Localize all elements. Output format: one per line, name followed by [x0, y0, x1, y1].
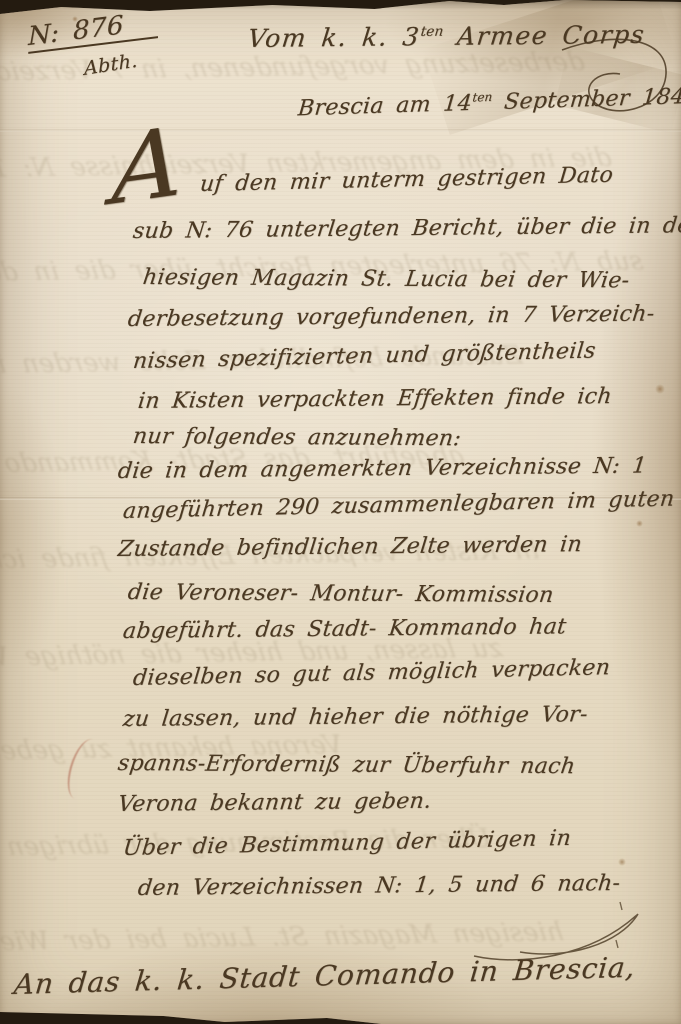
- manuscript-line: Zustande befindlichen Zelte werden in: [117, 532, 584, 562]
- manuscript-line: spanns-Erforderniß zur Überfuhr nach: [116, 751, 576, 779]
- ornate-initial: A: [111, 119, 183, 214]
- manuscript-line: dieselben so gut als möglich verpacken: [132, 655, 612, 691]
- foxing-spot: [655, 384, 665, 394]
- red-margin-mark: [62, 735, 106, 802]
- manuscript-line: den Verzeichnissen N: 1, 5 und 6 nach-: [137, 871, 622, 901]
- registry-department: Abth.: [83, 50, 138, 80]
- manuscript-line: die in dem angemerkten Verzeichnisse N: …: [117, 453, 648, 484]
- manuscript-line: Verona bekannt zu geben.: [117, 789, 433, 817]
- manuscript-line: die Veroneser- Montur- Kommission: [126, 580, 555, 608]
- sender-text: Armee Corps: [441, 20, 647, 51]
- manuscript-line: sub N: 76 unterlegten Bericht, über die …: [132, 213, 681, 244]
- foxing-spot: [618, 858, 626, 866]
- ordinal-superscript: ten: [472, 90, 493, 105]
- manuscript-line: in Kisten verpackten Effekten finde ich: [137, 384, 614, 414]
- registry-number-value: N: 876: [28, 6, 159, 54]
- manuscript-line: zu lassen, und hieher die nöthige Vor-: [122, 702, 590, 732]
- dateline: Brescia am 14ten September 1848.: [297, 83, 681, 121]
- dateline-text: September 1848.: [491, 84, 681, 116]
- paper-sheet: derbesetzung vorgefundenen, in 7 Verzeic…: [0, 0, 681, 1024]
- ordinal-superscript: ten: [420, 24, 444, 40]
- manuscript-line: hiesigen Magazin St. Lucia bei der Wie-: [141, 265, 631, 293]
- manuscript-line: uf den mir unterm gestrigen Dato: [199, 163, 615, 197]
- manuscript-line: angeführten 290 zusammenlegbaren im gute…: [122, 487, 676, 524]
- address-line: An das k. k. Stadt Comando in Brescia,: [12, 951, 636, 1001]
- fold-crease: [0, 129, 681, 132]
- manuscript-line: Über die Bestimmung der übrigen in: [122, 826, 573, 861]
- manuscript-line: nur folgendes anzunehmen:: [131, 424, 462, 451]
- manuscript-line: nissen spezifizierten und größtentheils: [132, 339, 597, 374]
- top-edge-shadow: [0, 0, 681, 10]
- manuscript-line: derbesetzung vorgefundenen, in 7 Verzeic…: [127, 301, 656, 332]
- sender-line: Vom k. k. 3ten Armee Corps: [246, 20, 646, 53]
- dateline-text: Brescia am 14: [297, 91, 473, 121]
- manuscript-line: abgeführt. das Stadt- Kommando hat: [122, 614, 568, 644]
- manuscript-photo: derbesetzung vorgefundenen, in 7 Verzeic…: [0, 0, 681, 1024]
- bleedthrough-line: hiesigen Magazin St. Lucia bei der Wie-: [0, 917, 566, 957]
- registry-number: N: 876: [28, 6, 159, 52]
- sender-text: Vom k. k. 3: [246, 22, 421, 53]
- foxing-spot: [636, 520, 643, 527]
